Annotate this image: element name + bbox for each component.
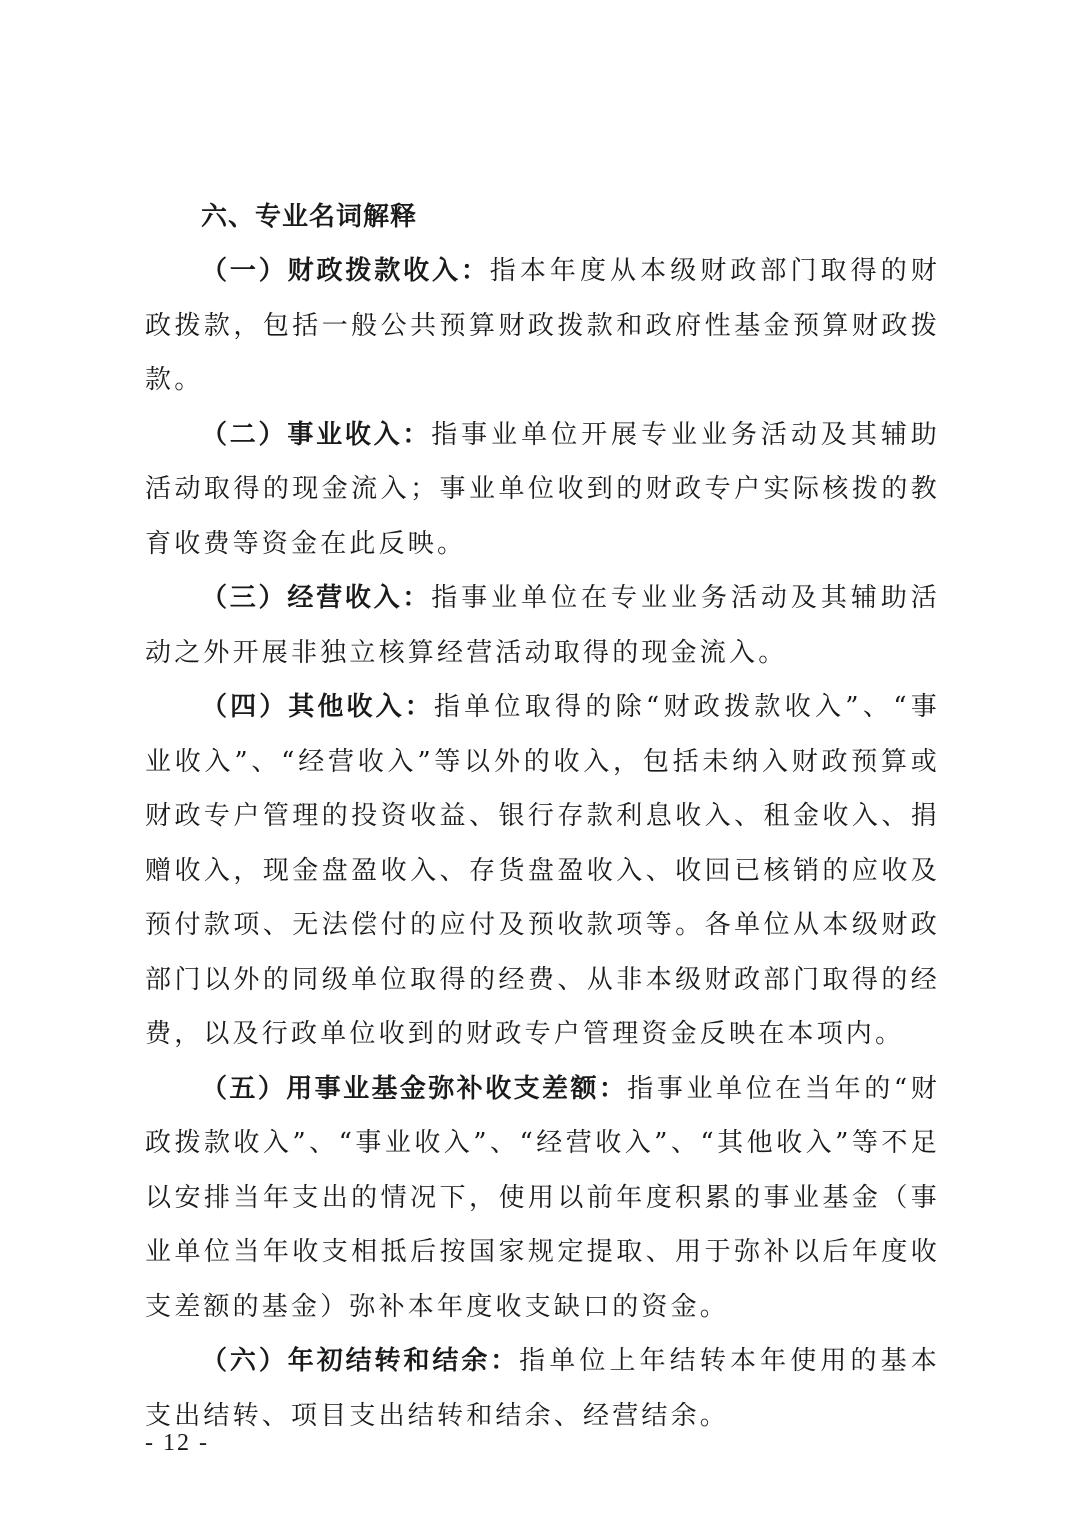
definition-business-fund-offset: （五）用事业基金弥补收支差额：指事业单位在当年的“财政拨款收入”、“事业收入”、…	[145, 1062, 940, 1335]
definition-financial-appropriation-income: （一）财政拨款收入：指本年度从本级财政部门取得的财政拨款，包括一般公共预算财政拨…	[145, 244, 940, 408]
definition-term: （五）用事业基金弥补收支差额：	[201, 1074, 627, 1104]
definition-term: （一）财政拨款收入：	[201, 256, 490, 286]
section-heading: 六、专业名词解释	[145, 190, 940, 244]
definition-term: （三）经营收入：	[201, 583, 431, 613]
document-page: 六、专业名词解释 （一）财政拨款收入：指本年度从本级财政部门取得的财政拨款，包括…	[145, 190, 940, 1443]
page-number: - 12 -	[145, 1430, 209, 1457]
definition-term: （二）事业收入：	[201, 420, 431, 450]
definition-body: 指事业单位在当年的“财政拨款收入”、“事业收入”、“经营收入”、“其他收入”等不…	[145, 1074, 940, 1322]
definition-operating-income: （三）经营收入：指事业单位在专业业务活动及其辅助活动之外开展非独立核算经营活动取…	[145, 571, 940, 680]
definition-other-income: （四）其他收入：指单位取得的除“财政拨款收入”、“事业收入”、“经营收入”等以外…	[145, 680, 940, 1062]
definition-business-income: （二）事业收入：指事业单位开展专业业务活动及其辅助活动取得的现金流入；事业单位收…	[145, 408, 940, 572]
definition-body: 指单位取得的除“财政拨款收入”、“事业收入”、“经营收入”等以外的收入，包括未纳…	[145, 692, 940, 1049]
definition-carryover-and-surplus: （六）年初结转和结余：指单位上年结转本年使用的基本支出结转、项目支出结转和结余、…	[145, 1334, 940, 1443]
definition-term: （四）其他收入：	[201, 692, 434, 722]
definition-term: （六）年初结转和结余：	[201, 1346, 519, 1376]
